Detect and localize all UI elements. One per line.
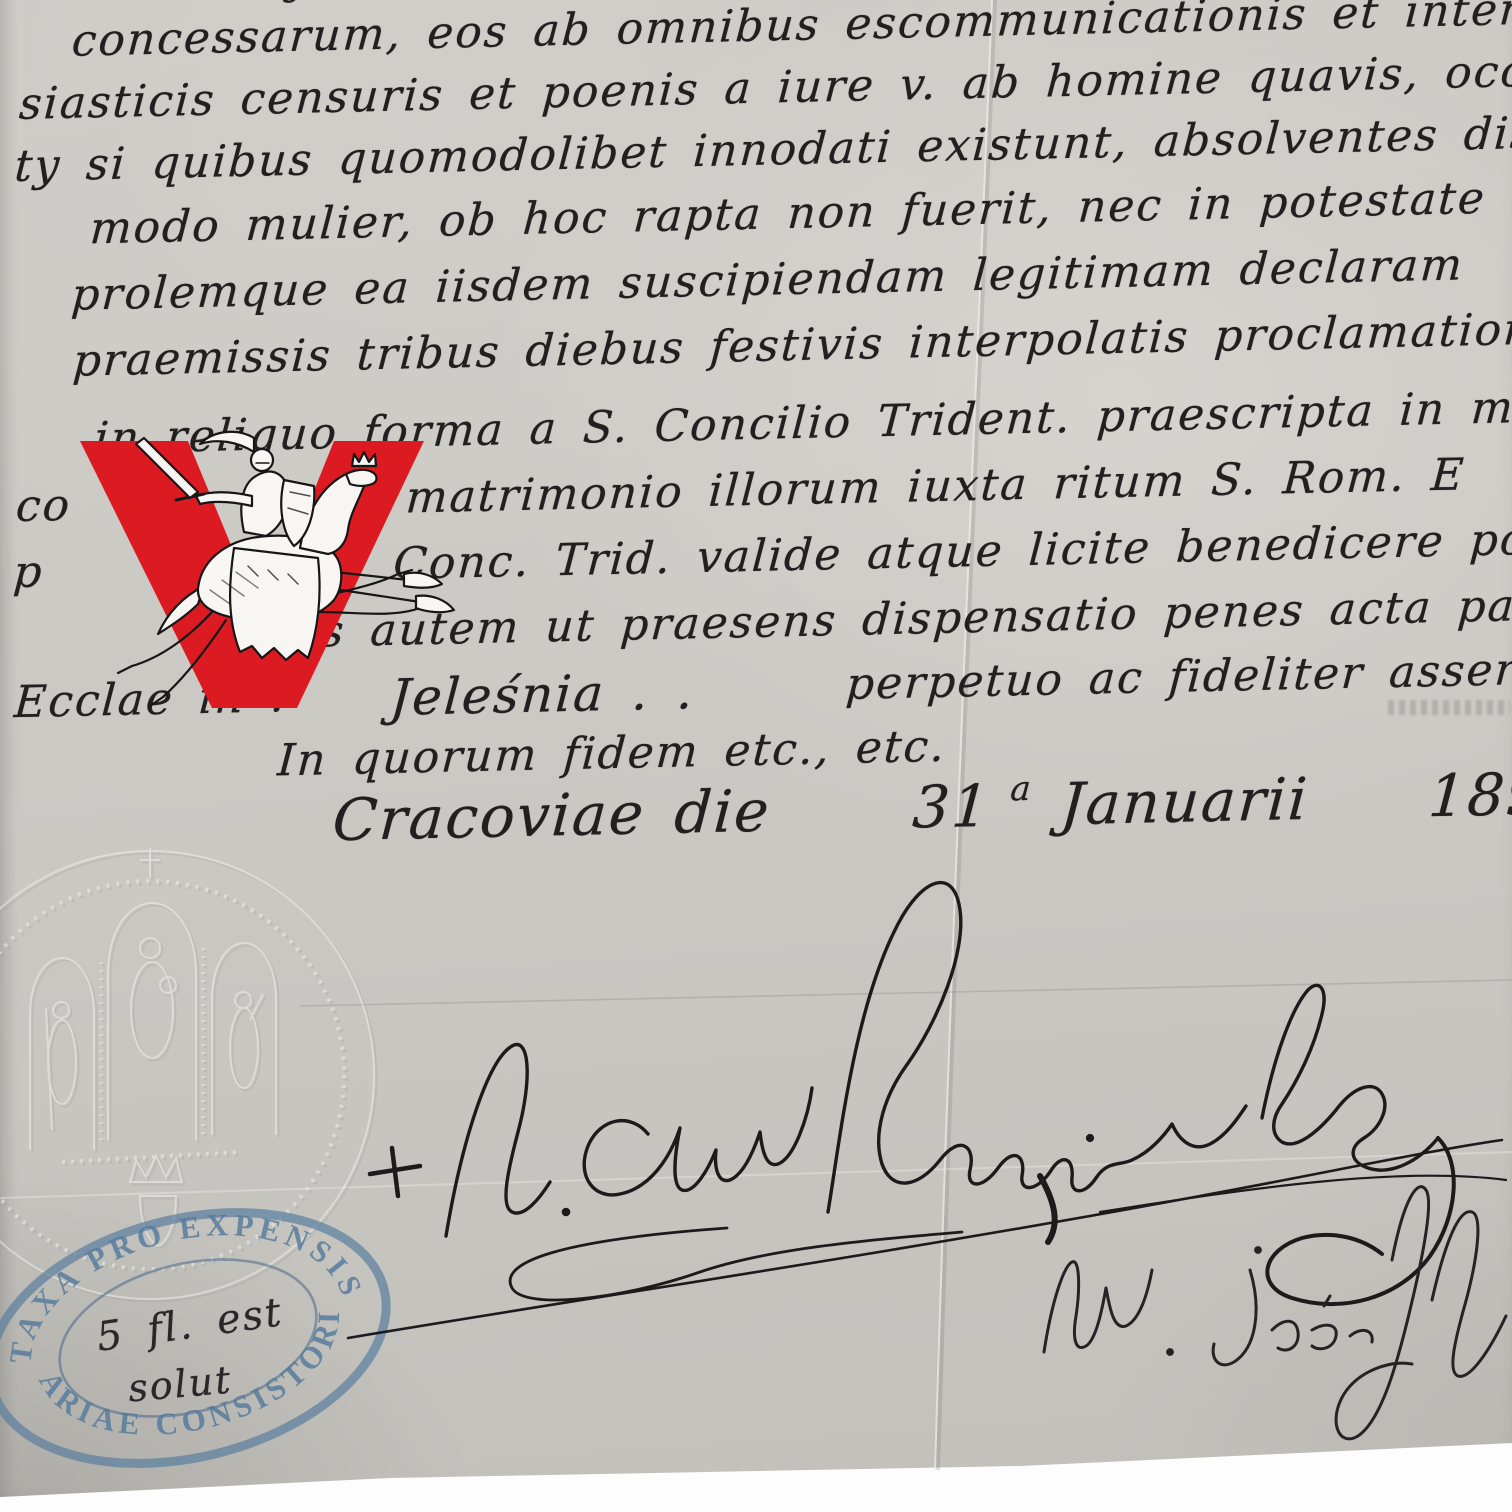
stamp-handwriting-solut: solut [126,1358,234,1411]
manuscript-line-segment: 189 [1426,760,1512,831]
manuscript-line-segment: j [291,0,310,4]
document-photo: TAXA PRO EXPENSIS ARIAE CONSISTORII jeco… [0,0,1512,1512]
manuscript-line-segment: Cracoviae die [331,777,773,855]
manuscript-text-block: jeconcessarum, eos ab omnibus escommunic… [0,0,1512,1512]
manuscript-line-segment: Jeleśnia . . [388,662,696,727]
manuscript-line-segment: 31 [911,772,993,842]
manuscript-line-segment: prolemque ea iisdem suscipiendam legitim… [70,239,1466,320]
manuscript-line-segment: co [14,480,72,532]
ink-bleed-smudge [1388,700,1510,715]
manuscript-line-segment: in reliquo forma a S. Concilio Trident. … [93,381,1512,464]
manuscript-line-segment: matrimonio illorum iuxta ritum S. Rom. E [404,449,1467,523]
manuscript-line-segment: a [1009,769,1034,810]
manuscript-line-segment: mus autem ut praesens dispensatio penes … [245,580,1512,659]
manuscript-line-segment: In quorum fidem etc., etc. [276,721,948,787]
manuscript-line-segment: p [12,546,46,598]
manuscript-line-segment: Januarii [1059,765,1311,839]
manuscript-line-segment: Ecclae in . [13,671,288,728]
manuscript-line-segment: Conc. Trid. valide atque licite benedice… [392,510,1512,589]
